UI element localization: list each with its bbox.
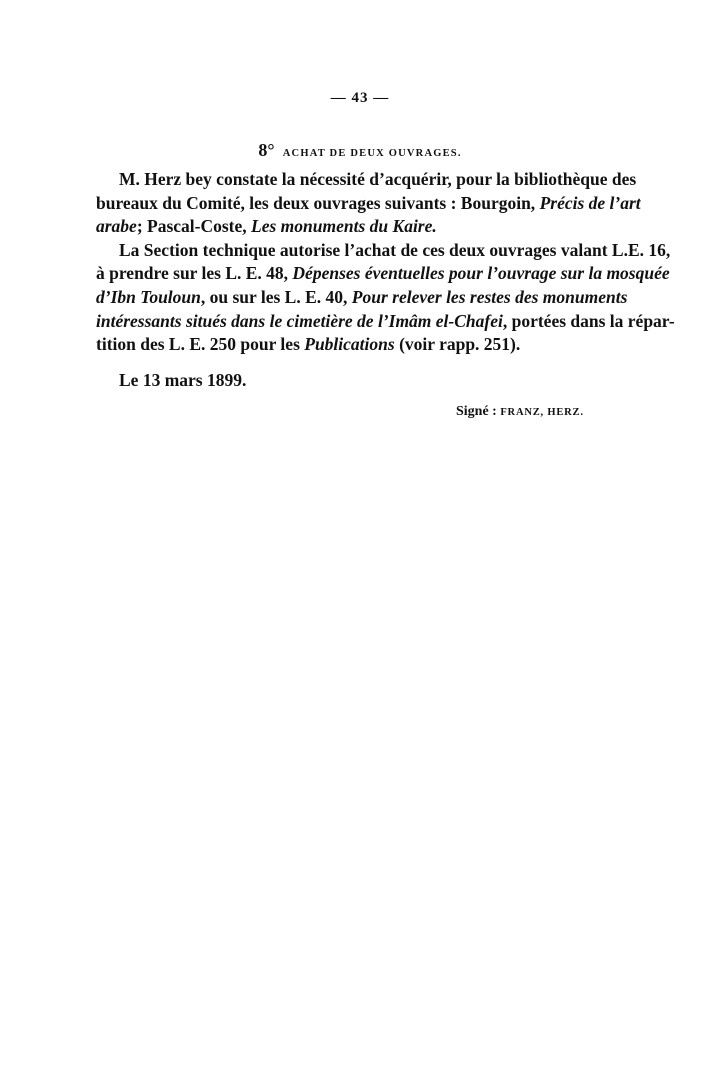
paragraph-1-line-3: arabe; Pascal-Coste, Les monuments du Ka…: [96, 215, 623, 239]
signature: Signé : FRANZ, HERZ.: [456, 404, 584, 420]
signature-names: FRANZ, HERZ.: [500, 407, 583, 418]
paragraph-2-line-5: tition des L. E. 250 pour les Publicatio…: [96, 333, 623, 357]
text-segment: (voir rapp. 251).: [395, 334, 521, 354]
text-segment: M. Herz bey constate la nécessité d’acqu…: [119, 169, 636, 189]
paragraph-2-line-2: à prendre sur les L. E. 48, Dépenses éve…: [96, 262, 623, 286]
paragraph-1-line-2: bureaux du Comité, les deux ouvrages sui…: [96, 192, 623, 216]
budget-title-italic: Dépenses éventuelles pour l’ouvrage sur …: [292, 263, 669, 283]
book-title-italic: Précis de l’art: [540, 193, 641, 213]
text-segment: bureaux du Comité, les deux ouvrages sui…: [96, 193, 540, 213]
text-segment: tition des L. E. 250 pour les: [96, 334, 304, 354]
budget-title-italic: Pour relever les restes des monuments: [352, 287, 628, 307]
section-number: 8°: [258, 140, 274, 160]
paragraph-2-line-1: La Section technique autorise l’achat de…: [96, 239, 623, 263]
text-segment: , ou sur les L. E. 40,: [201, 287, 352, 307]
section-heading: 8° ACHAT DE DEUX OUVRAGES.: [0, 140, 720, 161]
text-segment: La Section technique autorise l’achat de…: [119, 240, 670, 260]
section-title: ACHAT DE DEUX OUVRAGES.: [283, 148, 462, 159]
paragraph-2-line-3: d’Ibn Touloun, ou sur les L. E. 40, Pour…: [96, 286, 623, 310]
paragraph-1-line-1: M. Herz bey constate la nécessité d’acqu…: [96, 168, 623, 192]
text-segment: à prendre sur les L. E. 48,: [96, 263, 292, 283]
budget-title-italic: d’Ibn Touloun: [96, 287, 201, 307]
book-title-italic: arabe: [96, 216, 137, 236]
publications-italic: Publications: [304, 334, 394, 354]
signature-prefix: Signé :: [456, 404, 500, 419]
page-number: — 43 —: [0, 90, 720, 107]
date-line: Le 13 mars 1899.: [119, 370, 246, 391]
text-segment: , portées dans la répar-: [503, 311, 675, 331]
book-title-italic: Les monuments du Kaire.: [251, 216, 437, 236]
paragraph-2-line-4: intéressants situés dans le cimetière de…: [96, 310, 623, 334]
text-segment: ; Pascal-Coste,: [137, 216, 251, 236]
budget-title-italic: intéressants situés dans le cimetière de…: [96, 311, 503, 331]
body-text: M. Herz bey constate la nécessité d’acqu…: [96, 168, 623, 357]
